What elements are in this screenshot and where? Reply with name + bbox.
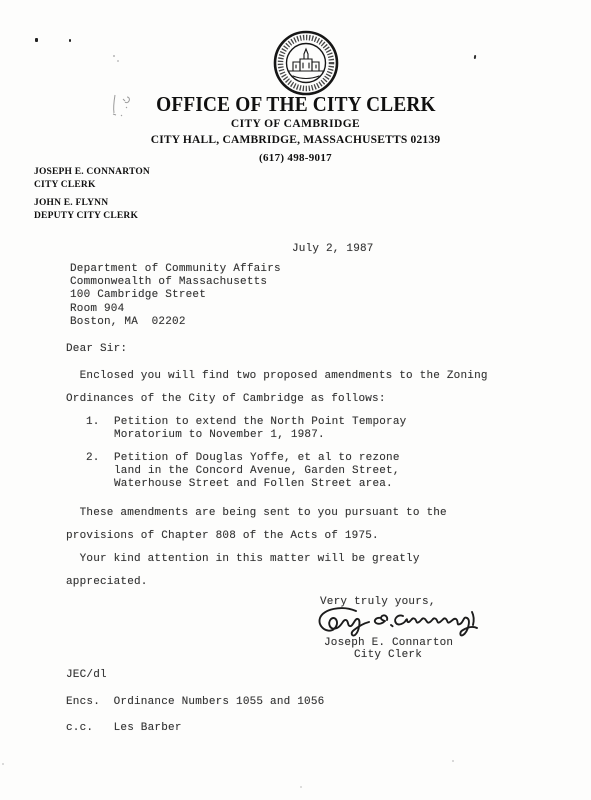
letterhead-title-text: OFFICE OF THE CITY CLERK <box>156 92 436 117</box>
letterhead-subtitle: CITY OF CAMBRIDGE <box>0 118 591 130</box>
ink-speck <box>35 38 38 42</box>
official-city-clerk: JOSEPH E. CONNARTON CITY CLERK <box>34 166 150 192</box>
ink-speck <box>117 60 119 62</box>
official-deputy-city-clerk: JOHN E. FLYNN DEPUTY CITY CLERK <box>34 197 150 223</box>
officials-block: JOSEPH E. CONNARTON CITY CLERK JOHN E. F… <box>34 166 150 223</box>
letter-date: July 2, 1987 <box>292 243 374 255</box>
letterhead-phone: (617) 498-9017 <box>0 152 591 164</box>
signed-typed-name: Joseph E. Connarton <box>324 637 453 649</box>
signed-typed-title: City Clerk <box>354 649 422 661</box>
ink-speck <box>452 760 454 762</box>
ink-speck <box>69 39 71 42</box>
reference-initials: JEC/dl <box>66 669 107 681</box>
scanned-letter-page: { "letterhead": { "seal": "city-of-cambr… <box>0 0 591 800</box>
enclosures-line: Encs. Ordinance Numbers 1055 and 1056 <box>66 696 324 708</box>
ink-speck <box>300 786 302 788</box>
letterhead-title: OFFICE OF THE CITY CLERK <box>0 92 591 117</box>
salutation: Dear Sir: <box>66 343 127 355</box>
list-item-1-text: Petition to extend the North Point Tempo… <box>114 416 406 442</box>
ink-speck <box>474 55 477 59</box>
pencil-smudge-mark <box>107 92 139 120</box>
list-item-2-text: Petition of Douglas Yoffe, et al to rezo… <box>114 452 400 491</box>
official-title: CITY CLERK <box>34 179 150 192</box>
official-title: DEPUTY CITY CLERK <box>34 210 150 223</box>
recipient-address: Department of Community Affairs Commonwe… <box>70 263 281 329</box>
body-paragraph-3: Your kind attention in this matter will … <box>66 548 420 594</box>
list-item-1-number: 1. <box>86 416 100 428</box>
letterhead-address: CITY HALL, CAMBRIDGE, MASSACHUSETTS 0213… <box>0 134 591 146</box>
official-name: JOHN E. FLYNN <box>34 197 150 210</box>
carbon-copy-line: c.c. Les Barber <box>66 722 182 734</box>
body-paragraph-2: These amendments are being sent to you p… <box>66 502 447 548</box>
ink-speck <box>113 55 115 57</box>
ink-speck <box>2 763 4 765</box>
city-seal <box>272 30 340 98</box>
official-name: JOSEPH E. CONNARTON <box>34 166 150 179</box>
list-item-2-number: 2. <box>86 452 100 464</box>
body-paragraph-1: Enclosed you will find two proposed amen… <box>66 365 488 411</box>
